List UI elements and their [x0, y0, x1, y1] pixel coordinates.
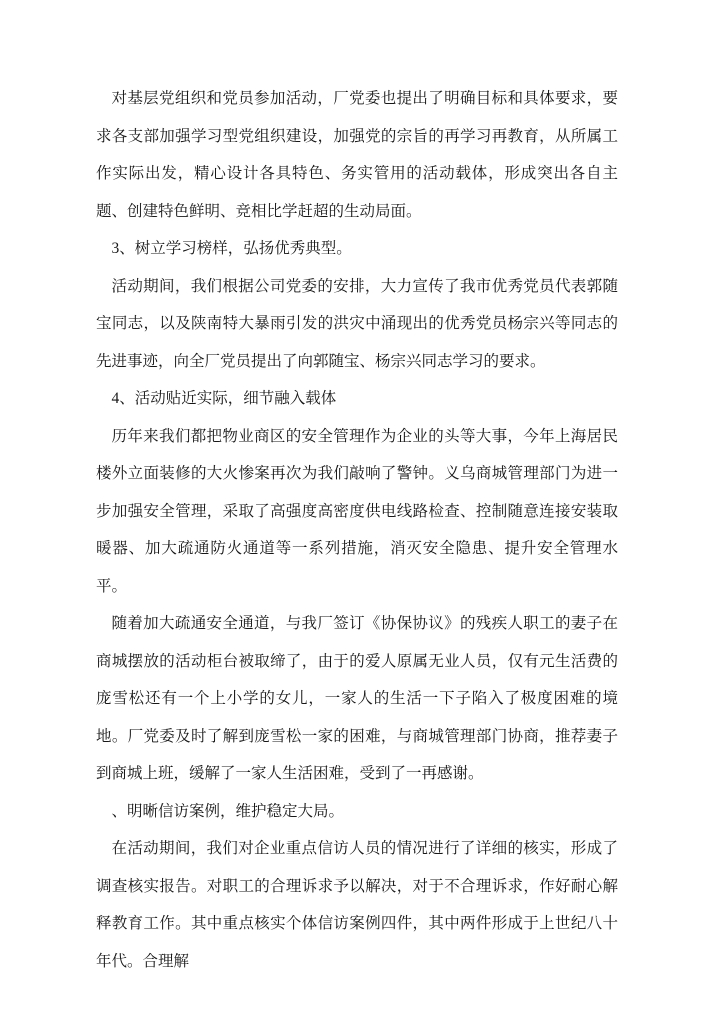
- paragraph-1: 对基层党组织和党员参加活动，厂党委也提出了明确目标和具体要求，要求各支部加强学习…: [96, 80, 618, 230]
- document-body: 对基层党组织和党员参加活动，厂党委也提出了明确目标和具体要求，要求各支部加强学习…: [96, 80, 618, 980]
- paragraph-5: 历年来我们都把物业商区的安全管理作为企业的头等大事，今年上海居民楼外立面装修的大…: [96, 418, 618, 606]
- paragraph-4: 4、活动贴近实际，细节融入载体: [96, 380, 618, 418]
- paragraph-6: 随着加大疏通安全通道，与我厂签订《协保协议》的残疾人职工的妻子在商城摆放的活动柜…: [96, 605, 618, 793]
- paragraph-7: 、明晰信访案例，维护稳定大局。: [96, 793, 618, 831]
- document-page: 对基层党组织和党员参加活动，厂党委也提出了明确目标和具体要求，要求各支部加强学习…: [0, 0, 721, 1020]
- paragraph-8: 在活动期间，我们对企业重点信访人员的情况进行了详细的核实，形成了调查核实报告。对…: [96, 830, 618, 980]
- paragraph-2: 3、树立学习榜样，弘扬优秀典型。: [96, 230, 618, 268]
- paragraph-3: 活动期间，我们根据公司党委的安排，大力宣传了我市优秀党员代表郭随宝同志，以及陕南…: [96, 268, 618, 381]
